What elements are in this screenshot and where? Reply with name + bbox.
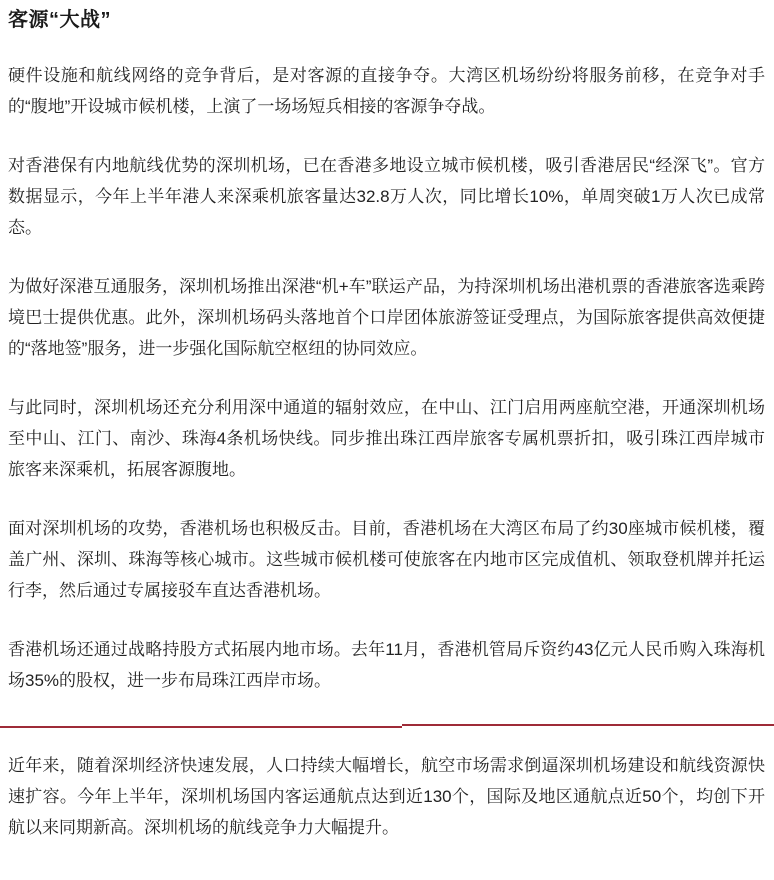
article-paragraph: 对香港保有内地航线优势的深圳机场，已在香港多地设立城市候机楼，吸引香港居民“经深… bbox=[8, 150, 765, 243]
article-paragraph: 硬件设施和航线网络的竞争背后，是对客源的直接争夺。大湾区机场纷纷将服务前移，在竞… bbox=[8, 60, 765, 122]
article-section-title: 客源“大战” bbox=[8, 8, 765, 32]
divider-left-segment bbox=[0, 726, 402, 728]
article-paragraph: 面对深圳机场的攻势，香港机场也积极反击。目前，香港机场在大湾区布局了约30座城市… bbox=[8, 513, 765, 606]
section-divider bbox=[0, 724, 774, 729]
article-paragraph: 近年来，随着深圳经济快速发展，人口持续大幅增长，航空市场需求倒逼深圳机场建设和航… bbox=[8, 750, 765, 843]
article-paragraph: 与此同时，深圳机场还充分利用深中通道的辐射效应，在中山、江门启用两座航空港，开通… bbox=[8, 392, 765, 485]
divider-right-segment bbox=[402, 724, 774, 726]
article-paragraph: 为做好深港互通服务，深圳机场推出深港“机+车”联运产品，为持深圳机场出港机票的香… bbox=[8, 271, 765, 364]
article-body: 客源“大战” 硬件设施和航线网络的竞争背后，是对客源的直接争夺。大湾区机场纷纷将… bbox=[0, 0, 774, 863]
article-paragraph: 香港机场还通过战略持股方式拓展内地市场。去年11月，香港机管局斥资约43亿元人民… bbox=[8, 634, 765, 696]
